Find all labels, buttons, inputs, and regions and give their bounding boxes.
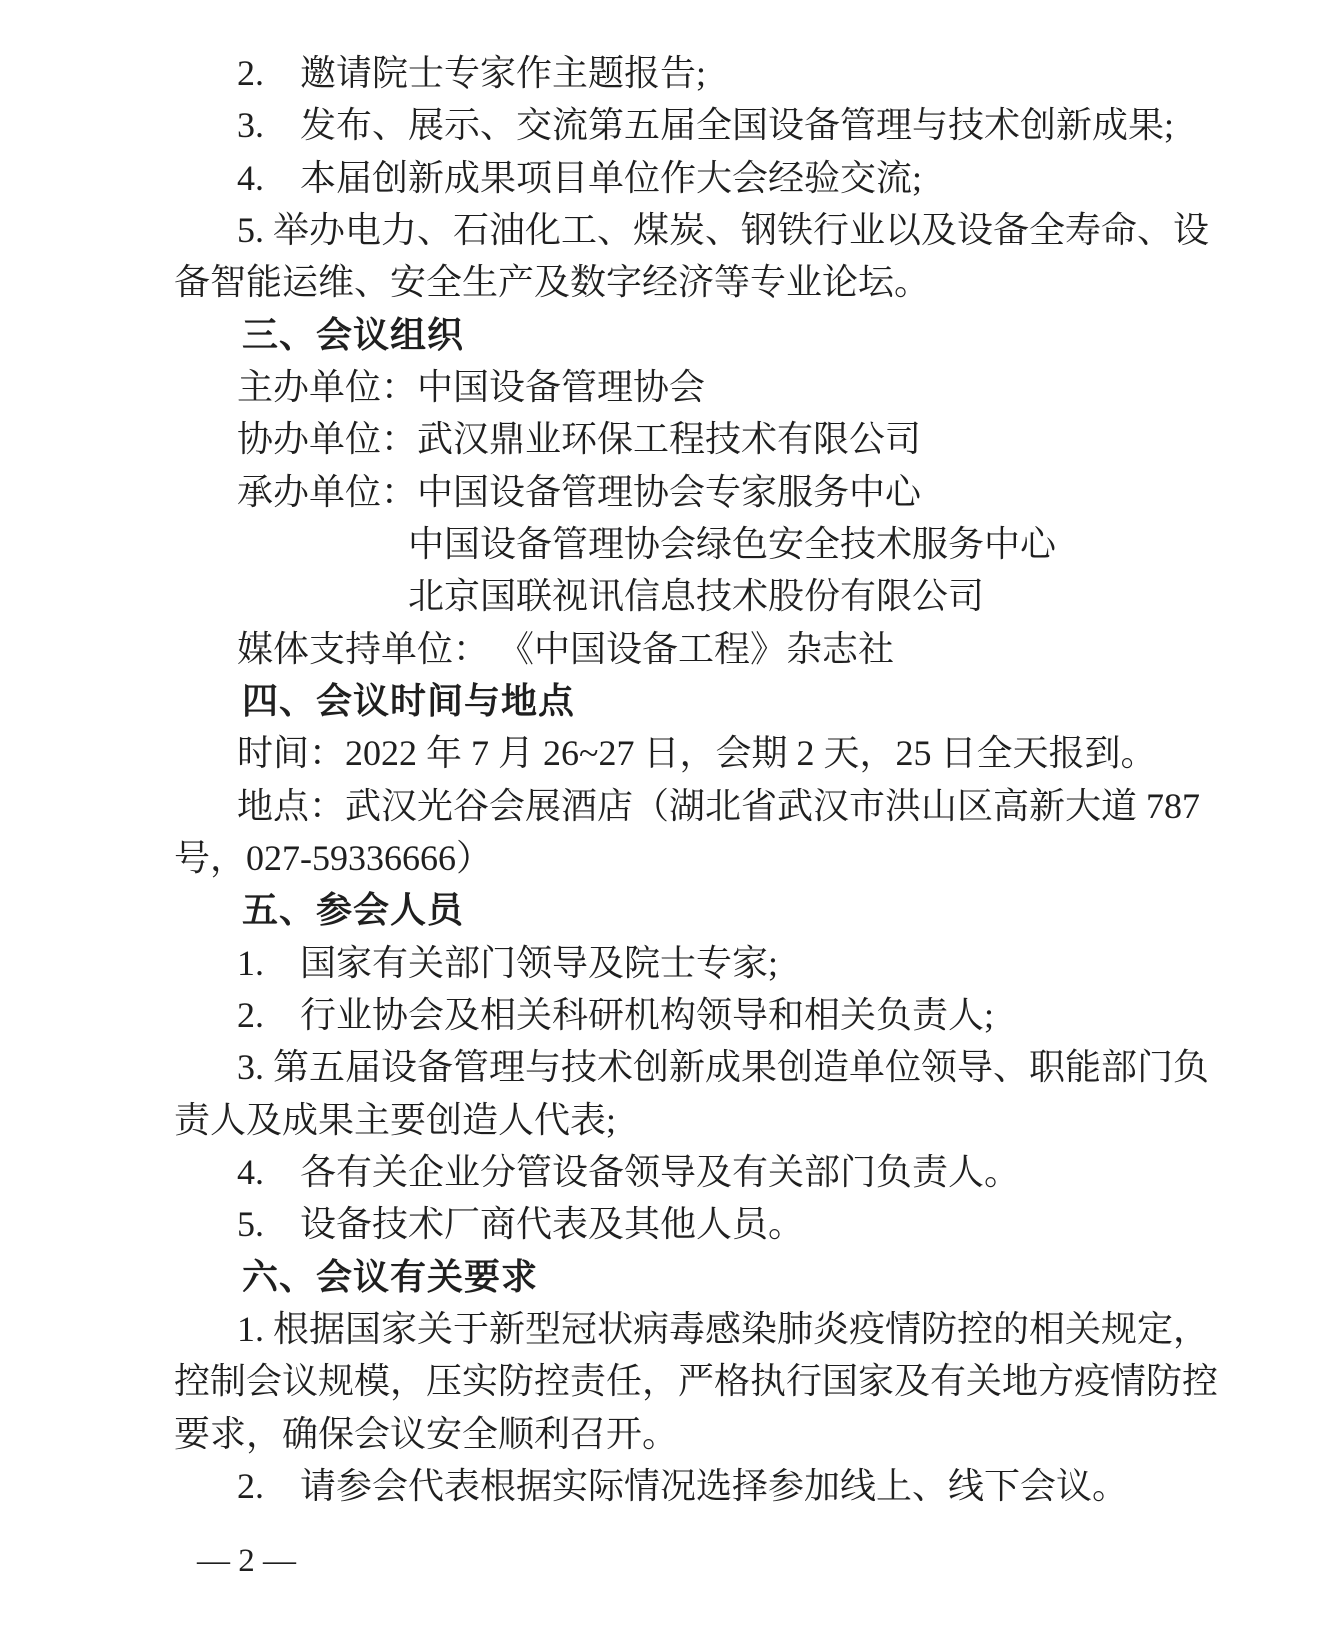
text-line: 5. 设备技术厂商代表及其他人员。	[174, 1198, 1143, 1250]
text-line: 5. 举办电力、石油化工、煤炭、钢铁行业以及设备全寿命、设	[174, 204, 1143, 256]
text-line: 1. 根据国家关于新型冠状病毒感染肺炎疫情防控的相关规定，	[174, 1303, 1143, 1355]
text-line: 4. 本届创新成果项目单位作大会经验交流;	[174, 152, 1143, 204]
section-heading: 五、参会人员	[174, 884, 1143, 936]
text-line: 2. 行业协会及相关科研机构领导和相关负责人;	[174, 989, 1143, 1041]
section-heading: 六、会议有关要求	[174, 1251, 1143, 1303]
section-heading: 三、会议组织	[174, 309, 1143, 361]
text-line: 协办单位：武汉鼎业环保工程技术有限公司	[174, 413, 1143, 465]
text-line: 1. 国家有关部门领导及院士专家;	[174, 937, 1143, 989]
text-line: 号，027-59336666）	[174, 832, 1143, 884]
text-line: 责人及成果主要创造人代表;	[174, 1094, 1143, 1146]
text-line: 媒体支持单位： 《中国设备工程》杂志社	[174, 623, 1143, 675]
page-number: — 2 —	[197, 1541, 296, 1581]
text-line: 控制会议规模，压实防控责任，严格执行国家及有关地方疫情防控	[174, 1355, 1143, 1407]
text-line: 3. 第五届设备管理与技术创新成果创造单位领导、职能部门负	[174, 1041, 1143, 1093]
text-line: 主办单位：中国设备管理协会	[174, 361, 1143, 413]
text-line: 4. 各有关企业分管设备领导及有关部门负责人。	[174, 1146, 1143, 1198]
text-line: 中国设备管理协会绿色安全技术服务中心	[174, 518, 1143, 570]
text-line: 2. 请参会代表根据实际情况选择参加线上、线下会议。	[174, 1460, 1143, 1512]
text-line: 备智能运维、安全生产及数字经济等专业论坛。	[174, 256, 1143, 308]
section-heading: 四、会议时间与地点	[174, 675, 1143, 727]
text-line: 要求，确保会议安全顺利召开。	[174, 1408, 1143, 1460]
text-line: 北京国联视讯信息技术股份有限公司	[174, 570, 1143, 622]
text-line: 3. 发布、展示、交流第五届全国设备管理与技术创新成果;	[174, 99, 1143, 151]
document-body: 2. 邀请院士专家作主题报告;3. 发布、展示、交流第五届全国设备管理与技术创新…	[174, 47, 1143, 1512]
text-line: 时间：2022 年 7 月 26~27 日，会期 2 天，25 日全天报到。	[174, 727, 1143, 779]
text-line: 地点：武汉光谷会展酒店（湖北省武汉市洪山区高新大道 787	[174, 780, 1143, 832]
text-line: 2. 邀请院士专家作主题报告;	[174, 47, 1143, 99]
document-page: 2. 邀请院士专家作主题报告;3. 发布、展示、交流第五届全国设备管理与技术创新…	[0, 0, 1318, 1632]
text-line: 承办单位：中国设备管理协会专家服务中心	[174, 466, 1143, 518]
